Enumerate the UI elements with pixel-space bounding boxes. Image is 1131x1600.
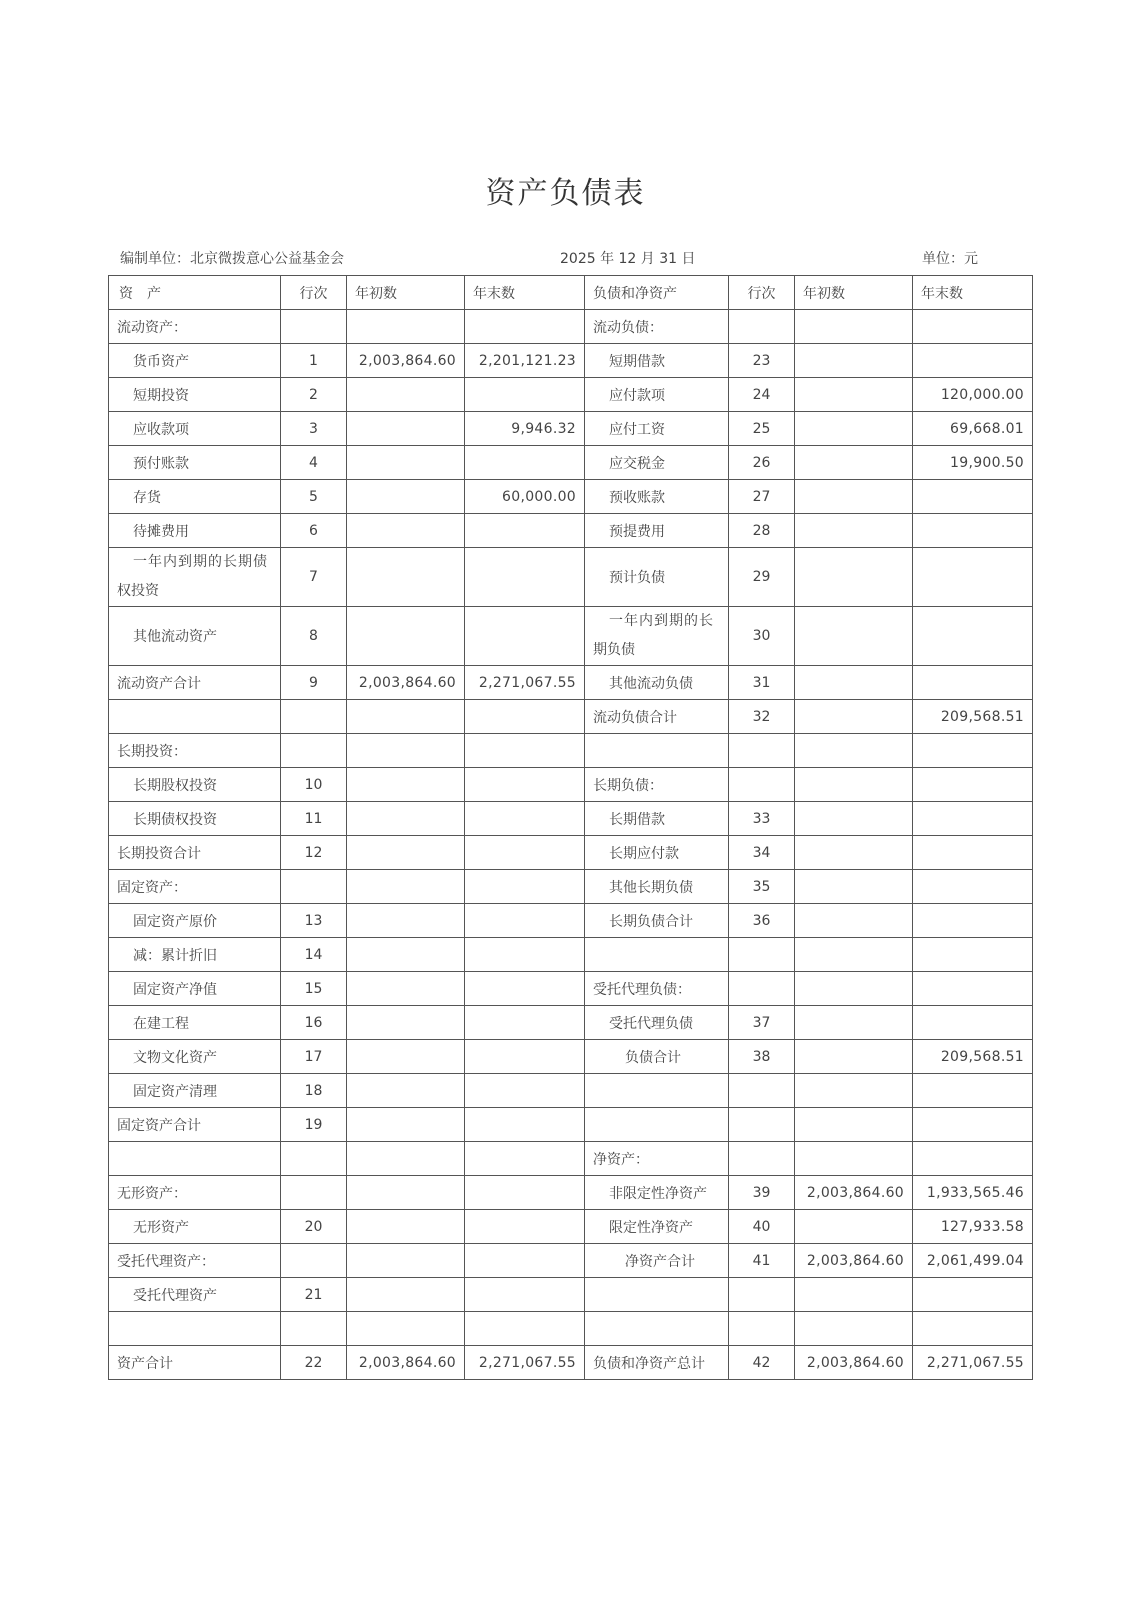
- liability-label: 负债和净资产总计: [585, 1346, 729, 1380]
- asset-row-no: 21: [281, 1278, 347, 1312]
- liability-row-no: [729, 1142, 795, 1176]
- page-title: 资产负债表: [0, 168, 1131, 212]
- liability-end-value: 120,000.00: [913, 378, 1033, 412]
- liability-label: 预收账款: [585, 480, 729, 514]
- asset-label: 存货: [109, 480, 281, 514]
- currency-unit: 单位：元: [922, 248, 978, 268]
- asset-label: 其他流动资产: [109, 607, 281, 666]
- asset-end-value: [465, 548, 585, 607]
- liability-row-no: [729, 734, 795, 768]
- liability-end-value: [913, 1312, 1033, 1346]
- asset-begin-value: 2,003,864.60: [347, 1346, 465, 1380]
- table-row: 长期股权投资10长期负债：: [109, 768, 1033, 802]
- table-header-row: 资 产 行次 年初数 年末数 负债和净资产 行次 年初数 年末数: [109, 276, 1033, 310]
- asset-end-value: [465, 768, 585, 802]
- asset-row-no: 12: [281, 836, 347, 870]
- liability-label: 预提费用: [585, 514, 729, 548]
- asset-end-value: [465, 802, 585, 836]
- asset-label: 长期股权投资: [109, 768, 281, 802]
- asset-row-no: 20: [281, 1210, 347, 1244]
- table-row: 短期投资2应付款项24120,000.00: [109, 378, 1033, 412]
- asset-end-value: 2,271,067.55: [465, 666, 585, 700]
- asset-row-no: 13: [281, 904, 347, 938]
- asset-label: [109, 1142, 281, 1176]
- asset-end-value: [465, 1074, 585, 1108]
- asset-label: 减：累计折旧: [109, 938, 281, 972]
- asset-row-no: 19: [281, 1108, 347, 1142]
- asset-label: 流动资产合计: [109, 666, 281, 700]
- asset-begin-value: [347, 700, 465, 734]
- liability-label: 长期负债合计: [585, 904, 729, 938]
- liability-end-value: [913, 1006, 1033, 1040]
- liability-begin-value: [795, 938, 913, 972]
- liability-label: 其他长期负债: [585, 870, 729, 904]
- liability-label: 净资产合计: [585, 1244, 729, 1278]
- liability-label: [585, 1108, 729, 1142]
- liability-end-value: [913, 938, 1033, 972]
- liability-begin-value: [795, 836, 913, 870]
- liability-label: 应付款项: [585, 378, 729, 412]
- asset-row-no: 4: [281, 446, 347, 480]
- compiler-unit: 编制单位：北京微拨意心公益基金会: [120, 248, 344, 268]
- asset-row-no: [281, 1176, 347, 1210]
- asset-label: [109, 1312, 281, 1346]
- asset-label: 无形资产：: [109, 1176, 281, 1210]
- liability-begin-value: [795, 666, 913, 700]
- table-row: 固定资产：其他长期负债35: [109, 870, 1033, 904]
- liability-end-value: [913, 1108, 1033, 1142]
- liability-row-no: [729, 1278, 795, 1312]
- liability-begin-value: [795, 1108, 913, 1142]
- liability-begin-value: [795, 1040, 913, 1074]
- asset-label: 长期债权投资: [109, 802, 281, 836]
- liability-end-value: [913, 1278, 1033, 1312]
- asset-label: 固定资产：: [109, 870, 281, 904]
- asset-row-no: 3: [281, 412, 347, 446]
- asset-begin-value: [347, 1278, 465, 1312]
- asset-begin-value: [347, 607, 465, 666]
- table-row: 应收款项39,946.32应付工资2569,668.01: [109, 412, 1033, 446]
- liability-row-no: 27: [729, 480, 795, 514]
- asset-begin-value: [347, 802, 465, 836]
- asset-end-value: 9,946.32: [465, 412, 585, 446]
- liability-end-value: [913, 514, 1033, 548]
- asset-end-value: [465, 938, 585, 972]
- table-row: 固定资产合计19: [109, 1108, 1033, 1142]
- liability-begin-value: 2,003,864.60: [795, 1176, 913, 1210]
- liability-end-value: 19,900.50: [913, 446, 1033, 480]
- liability-end-value: [913, 480, 1033, 514]
- liability-row-no: [729, 768, 795, 802]
- balance-sheet-table: 资 产 行次 年初数 年末数 负债和净资产 行次 年初数 年末数 流动资产：流动…: [108, 275, 1033, 1380]
- liability-row-no: 37: [729, 1006, 795, 1040]
- liability-row-no: 29: [729, 548, 795, 607]
- asset-row-no: [281, 700, 347, 734]
- table-row: 长期债权投资11长期借款33: [109, 802, 1033, 836]
- liability-begin-value: [795, 1210, 913, 1244]
- asset-row-no: 17: [281, 1040, 347, 1074]
- asset-begin-value: [347, 904, 465, 938]
- asset-row-no: 15: [281, 972, 347, 1006]
- liability-end-value: [913, 972, 1033, 1006]
- liability-begin-value: [795, 1074, 913, 1108]
- liability-label: [585, 1074, 729, 1108]
- asset-end-value: [465, 378, 585, 412]
- table-row: 货币资产12,003,864.602,201,121.23短期借款23: [109, 344, 1033, 378]
- asset-end-value: 2,201,121.23: [465, 344, 585, 378]
- asset-label: 资产合计: [109, 1346, 281, 1380]
- asset-begin-value: [347, 378, 465, 412]
- asset-end-value: [465, 514, 585, 548]
- liability-label: 流动负债：: [585, 310, 729, 344]
- liability-row-no: 30: [729, 607, 795, 666]
- liability-label: [585, 938, 729, 972]
- table-row: 其他流动资产8一年内到期的长期负债30: [109, 607, 1033, 666]
- liability-end-value: 69,668.01: [913, 412, 1033, 446]
- liability-begin-value: [795, 1006, 913, 1040]
- liability-label: 负债合计: [585, 1040, 729, 1074]
- asset-row-no: 14: [281, 938, 347, 972]
- asset-row-no: 10: [281, 768, 347, 802]
- asset-begin-value: [347, 310, 465, 344]
- liability-begin-value: [795, 1278, 913, 1312]
- liability-label-line: 期负债: [593, 636, 720, 665]
- liability-begin-value: [795, 344, 913, 378]
- liability-row-no: 40: [729, 1210, 795, 1244]
- asset-begin-value: [347, 548, 465, 607]
- asset-row-no: [281, 1244, 347, 1278]
- liability-end-value: [913, 1142, 1033, 1176]
- liability-begin-value: 2,003,864.60: [795, 1346, 913, 1380]
- liability-label: [585, 734, 729, 768]
- liability-row-no: 33: [729, 802, 795, 836]
- asset-end-value: [465, 1210, 585, 1244]
- table-row: 存货560,000.00预收账款27: [109, 480, 1033, 514]
- asset-label: 受托代理资产: [109, 1278, 281, 1312]
- asset-label: 固定资产净值: [109, 972, 281, 1006]
- asset-row-no: 9: [281, 666, 347, 700]
- liability-end-value: 127,933.58: [913, 1210, 1033, 1244]
- asset-label: 预付账款: [109, 446, 281, 480]
- liability-label: 一年内到期的长期负债: [585, 607, 729, 666]
- asset-label: 长期投资合计: [109, 836, 281, 870]
- liability-begin-value: [795, 607, 913, 666]
- liability-begin-value: [795, 1142, 913, 1176]
- asset-row-no: [281, 310, 347, 344]
- asset-row-no: [281, 734, 347, 768]
- liability-row-no: 36: [729, 904, 795, 938]
- asset-begin-value: [347, 480, 465, 514]
- liability-begin-value: [795, 734, 913, 768]
- liability-label: 非限定性净资产: [585, 1176, 729, 1210]
- liability-label: 预计负债: [585, 548, 729, 607]
- asset-row-no: 18: [281, 1074, 347, 1108]
- asset-end-value: [465, 870, 585, 904]
- liability-row-no: 23: [729, 344, 795, 378]
- asset-row-no: [281, 1312, 347, 1346]
- asset-begin-value: [347, 1210, 465, 1244]
- liability-end-value: 1,933,565.46: [913, 1176, 1033, 1210]
- asset-begin-value: [347, 938, 465, 972]
- asset-label-line: 权投资: [117, 577, 272, 606]
- liability-end-value: 209,568.51: [913, 700, 1033, 734]
- header-begin: 年初数: [347, 276, 465, 310]
- table-row: 固定资产原价13长期负债合计36: [109, 904, 1033, 938]
- asset-begin-value: [347, 1006, 465, 1040]
- liability-row-no: [729, 938, 795, 972]
- asset-begin-value: [347, 1312, 465, 1346]
- header-row-no: 行次: [281, 276, 347, 310]
- asset-begin-value: [347, 1074, 465, 1108]
- asset-end-value: [465, 1278, 585, 1312]
- liability-row-no: 38: [729, 1040, 795, 1074]
- asset-end-value: [465, 972, 585, 1006]
- asset-row-no: [281, 870, 347, 904]
- asset-end-value: [465, 607, 585, 666]
- liability-label: 应付工资: [585, 412, 729, 446]
- liability-begin-value: [795, 310, 913, 344]
- asset-end-value: [465, 1142, 585, 1176]
- liability-end-value: [913, 870, 1033, 904]
- liability-label: 限定性净资产: [585, 1210, 729, 1244]
- asset-label: 长期投资：: [109, 734, 281, 768]
- liability-begin-value: [795, 802, 913, 836]
- liability-label: 应交税金: [585, 446, 729, 480]
- asset-begin-value: [347, 412, 465, 446]
- asset-begin-value: [347, 870, 465, 904]
- asset-label: 固定资产原价: [109, 904, 281, 938]
- liability-label: 受托代理负债：: [585, 972, 729, 1006]
- table-row: 流动负债合计32209,568.51: [109, 700, 1033, 734]
- liability-begin-value: [795, 514, 913, 548]
- liability-row-no: 41: [729, 1244, 795, 1278]
- asset-label: 应收款项: [109, 412, 281, 446]
- asset-label: 文物文化资产: [109, 1040, 281, 1074]
- asset-label: 流动资产：: [109, 310, 281, 344]
- asset-label: 在建工程: [109, 1006, 281, 1040]
- header-end: 年末数: [465, 276, 585, 310]
- table-row: 固定资产清理18: [109, 1074, 1033, 1108]
- liability-row-no: 35: [729, 870, 795, 904]
- table-row: 无形资产：非限定性净资产392,003,864.601,933,565.46: [109, 1176, 1033, 1210]
- asset-row-no: 7: [281, 548, 347, 607]
- asset-row-no: 2: [281, 378, 347, 412]
- table-row: 待摊费用6预提费用28: [109, 514, 1033, 548]
- table-row: 长期投资合计12长期应付款34: [109, 836, 1033, 870]
- asset-row-no: 5: [281, 480, 347, 514]
- liability-begin-value: [795, 972, 913, 1006]
- liability-row-no: [729, 1108, 795, 1142]
- asset-begin-value: [347, 1108, 465, 1142]
- asset-end-value: [465, 446, 585, 480]
- liability-begin-value: [795, 904, 913, 938]
- liability-begin-value: [795, 700, 913, 734]
- liability-begin-value: [795, 870, 913, 904]
- asset-row-no: 8: [281, 607, 347, 666]
- table-row: 无形资产20限定性净资产40127,933.58: [109, 1210, 1033, 1244]
- liability-begin-value: [795, 412, 913, 446]
- header-liabilities: 负债和净资产: [585, 276, 729, 310]
- liability-end-value: [913, 904, 1033, 938]
- liability-row-no: 34: [729, 836, 795, 870]
- liability-row-no: 26: [729, 446, 795, 480]
- table-row: 文物文化资产17负债合计38209,568.51: [109, 1040, 1033, 1074]
- table-row: 流动资产合计92,003,864.602,271,067.55其他流动负债31: [109, 666, 1033, 700]
- liability-row-no: 39: [729, 1176, 795, 1210]
- table-row: 受托代理资产：净资产合计412,003,864.602,061,499.04: [109, 1244, 1033, 1278]
- liability-end-value: [913, 734, 1033, 768]
- liability-row-no: [729, 1312, 795, 1346]
- liability-end-value: 2,061,499.04: [913, 1244, 1033, 1278]
- table-row: 长期投资：: [109, 734, 1033, 768]
- liability-end-value: 209,568.51: [913, 1040, 1033, 1074]
- table-row: 一年内到期的长期债权投资7预计负债29: [109, 548, 1033, 607]
- liability-label: 长期借款: [585, 802, 729, 836]
- asset-label: [109, 700, 281, 734]
- liability-begin-value: [795, 480, 913, 514]
- asset-label: 无形资产: [109, 1210, 281, 1244]
- asset-begin-value: [347, 1040, 465, 1074]
- asset-label: 一年内到期的长期债权投资: [109, 548, 281, 607]
- asset-end-value: [465, 1040, 585, 1074]
- asset-begin-value: [347, 972, 465, 1006]
- asset-begin-value: [347, 446, 465, 480]
- asset-end-value: [465, 1108, 585, 1142]
- liability-row-no: 31: [729, 666, 795, 700]
- asset-end-value: 2,271,067.55: [465, 1346, 585, 1380]
- header-begin: 年初数: [795, 276, 913, 310]
- liability-begin-value: [795, 378, 913, 412]
- asset-row-no: 1: [281, 344, 347, 378]
- table-row: [109, 1312, 1033, 1346]
- liability-end-value: [913, 768, 1033, 802]
- liability-row-no: 25: [729, 412, 795, 446]
- asset-row-no: 6: [281, 514, 347, 548]
- table-row: 受托代理资产21: [109, 1278, 1033, 1312]
- liability-label: 短期借款: [585, 344, 729, 378]
- asset-label: 待摊费用: [109, 514, 281, 548]
- liability-end-value: [913, 666, 1033, 700]
- table-row: 净资产：: [109, 1142, 1033, 1176]
- table-row: 固定资产净值15受托代理负债：: [109, 972, 1033, 1006]
- asset-begin-value: [347, 836, 465, 870]
- header-end: 年末数: [913, 276, 1033, 310]
- liability-end-value: [913, 802, 1033, 836]
- liability-row-no: 32: [729, 700, 795, 734]
- liability-begin-value: [795, 1312, 913, 1346]
- table-row: 流动资产：流动负债：: [109, 310, 1033, 344]
- asset-end-value: [465, 1176, 585, 1210]
- asset-begin-value: 2,003,864.60: [347, 344, 465, 378]
- liability-label: 其他流动负债: [585, 666, 729, 700]
- asset-label: 固定资产清理: [109, 1074, 281, 1108]
- asset-label: 货币资产: [109, 344, 281, 378]
- header-assets: 资 产: [109, 276, 281, 310]
- liability-end-value: [913, 607, 1033, 666]
- liability-label-line: 一年内到期的长: [593, 607, 720, 636]
- table-row: 在建工程16受托代理负债37: [109, 1006, 1033, 1040]
- asset-begin-value: [347, 1176, 465, 1210]
- asset-begin-value: 2,003,864.60: [347, 666, 465, 700]
- asset-end-value: [465, 310, 585, 344]
- liability-end-value: [913, 310, 1033, 344]
- table-row: 减：累计折旧14: [109, 938, 1033, 972]
- liability-row-no: 42: [729, 1346, 795, 1380]
- asset-end-value: [465, 1312, 585, 1346]
- table-row: 预付账款4应交税金2619,900.50: [109, 446, 1033, 480]
- liability-label: 长期应付款: [585, 836, 729, 870]
- asset-end-value: 60,000.00: [465, 480, 585, 514]
- asset-label-line: 一年内到期的长期债: [117, 548, 272, 577]
- liability-end-value: [913, 548, 1033, 607]
- report-date: 2025 年 12 月 31 日: [560, 248, 696, 268]
- asset-begin-value: [347, 1244, 465, 1278]
- asset-row-no: 11: [281, 802, 347, 836]
- asset-row-no: [281, 1142, 347, 1176]
- liability-label: 受托代理负债: [585, 1006, 729, 1040]
- asset-begin-value: [347, 734, 465, 768]
- liability-label: 流动负债合计: [585, 700, 729, 734]
- liability-row-no: 28: [729, 514, 795, 548]
- asset-label: 短期投资: [109, 378, 281, 412]
- liability-label: [585, 1312, 729, 1346]
- table-row: 资产合计222,003,864.602,271,067.55负债和净资产总计42…: [109, 1346, 1033, 1380]
- liability-end-value: [913, 836, 1033, 870]
- liability-end-value: 2,271,067.55: [913, 1346, 1033, 1380]
- liability-label: 净资产：: [585, 1142, 729, 1176]
- asset-begin-value: [347, 768, 465, 802]
- liability-begin-value: [795, 548, 913, 607]
- asset-end-value: [465, 1244, 585, 1278]
- asset-end-value: [465, 904, 585, 938]
- asset-label: 受托代理资产：: [109, 1244, 281, 1278]
- asset-begin-value: [347, 514, 465, 548]
- liability-row-no: [729, 310, 795, 344]
- liability-row-no: [729, 972, 795, 1006]
- liability-end-value: [913, 344, 1033, 378]
- asset-end-value: [465, 700, 585, 734]
- asset-begin-value: [347, 1142, 465, 1176]
- asset-end-value: [465, 836, 585, 870]
- header-row-no: 行次: [729, 276, 795, 310]
- liability-begin-value: [795, 768, 913, 802]
- liability-row-no: 24: [729, 378, 795, 412]
- asset-end-value: [465, 1006, 585, 1040]
- asset-end-value: [465, 734, 585, 768]
- liability-begin-value: 2,003,864.60: [795, 1244, 913, 1278]
- liability-end-value: [913, 1074, 1033, 1108]
- liability-begin-value: [795, 446, 913, 480]
- asset-row-no: 22: [281, 1346, 347, 1380]
- liability-row-no: [729, 1074, 795, 1108]
- asset-label: 固定资产合计: [109, 1108, 281, 1142]
- asset-row-no: 16: [281, 1006, 347, 1040]
- liability-label: [585, 1278, 729, 1312]
- liability-label: 长期负债：: [585, 768, 729, 802]
